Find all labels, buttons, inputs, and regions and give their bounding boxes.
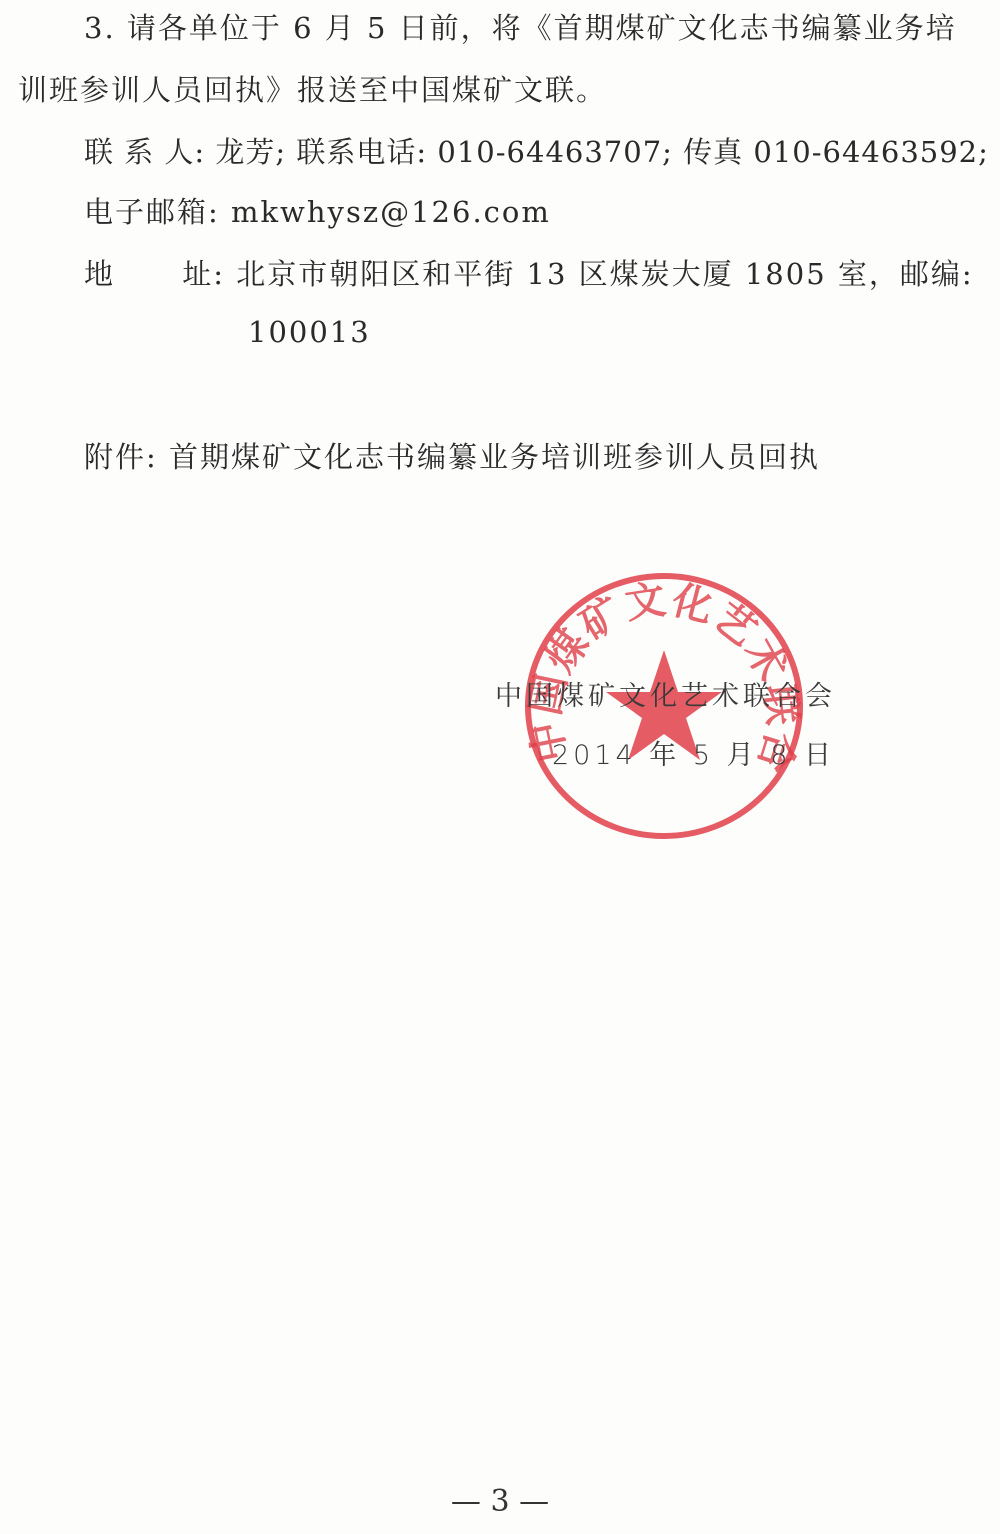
address-line-2: 100013 [248,312,371,352]
address-line-1: 地 址: 北京市朝阳区和平街 13 区煤炭大厦 1805 室，邮编: [84,254,974,294]
signature-org: 中国煤矿文化艺术联合会 [495,674,836,713]
paragraph-3-line-2: 训班参训人员回执》报送至中国煤矿文联。 [18,70,607,110]
attachment-line: 附件: 首期煤矿文化志书编纂业务培训班参训人员回执 [84,437,820,477]
signature-date: 2014 年 5 月 8 日 [552,733,835,772]
contact-person-line: 联 系 人: 龙芳; 联系电话: 010-64463707; 传真 010-64… [84,132,989,172]
email-line: 电子邮箱: mkwhysz@126.com [84,192,551,232]
paragraph-3-line-1: 3. 请各单位于 6 月 5 日前，将《首期煤矿文化志书编纂业务培 [84,8,957,48]
page-number: — 3 — [0,1484,1000,1519]
